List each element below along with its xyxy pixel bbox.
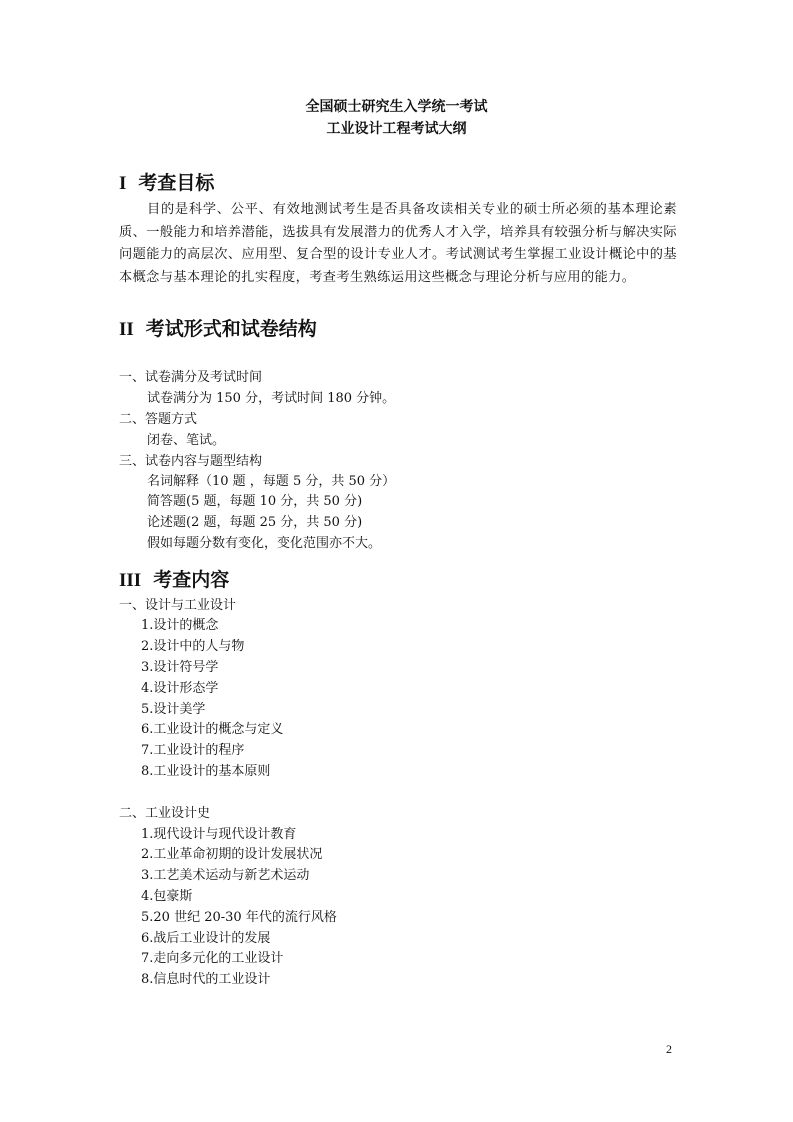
exam-item-detail: 名词解释（10 题 ，每题 5 分，共 50 分） xyxy=(147,473,395,491)
section-title: 考查内容 xyxy=(153,569,229,591)
content-item: 7.走向多元化的工业设计 xyxy=(141,950,283,968)
exam-item-detail: 论述题(2 题，每题 25 分，共 50 分) xyxy=(147,514,362,532)
content-item: 1.现代设计与现代设计教育 xyxy=(141,826,296,844)
section-heading-1: I考查目标 xyxy=(119,168,214,195)
content-item: 4.包豪斯 xyxy=(141,888,192,906)
content-item: 7.工业设计的程序 xyxy=(141,742,244,760)
section-title: 考查目标 xyxy=(138,172,214,194)
document-title-line1: 全国硕士研究生入学统一考试 xyxy=(0,96,793,116)
content-item: 1.设计的概念 xyxy=(141,617,218,635)
exam-item-detail: 试卷满分为 150 分，考试时间 180 分钟。 xyxy=(147,390,395,408)
content-item: 6.工业设计的概念与定义 xyxy=(141,721,283,739)
content-item: 5.20 世纪 20-30 年代的流行风格 xyxy=(141,909,337,927)
section-numeral: III xyxy=(119,570,141,591)
section-numeral: II xyxy=(119,319,134,340)
section-heading-2: II考试形式和试卷结构 xyxy=(119,314,317,341)
page-number: 2 xyxy=(666,1042,672,1057)
content-item: 4.设计形态学 xyxy=(141,680,218,698)
content-group-label: 二、工业设计史 xyxy=(119,805,210,823)
document-page: 全国硕士研究生入学统一考试 工业设计工程考试大纲 I考查目标 目的是科学、公平、… xyxy=(0,0,793,1122)
exam-item-detail: 假如每题分数有变化，变化范围亦不大。 xyxy=(147,535,381,553)
exam-item-detail: 简答题(5 题，每题 10 分，共 50 分) xyxy=(147,493,362,511)
content-item: 3.工艺美术运动与新艺术运动 xyxy=(141,867,309,885)
content-item: 5.设计美学 xyxy=(141,701,205,719)
exam-item-label: 二、答题方式 xyxy=(119,411,197,429)
exam-item-detail: 闭卷、笔试。 xyxy=(147,432,225,450)
objective-paragraph: 目的是科学、公平、有效地测试考生是否具备攻读相关专业的硕士所必须的基本理论素质、… xyxy=(119,199,677,289)
content-group-label: 一、设计与工业设计 xyxy=(119,597,236,615)
content-item: 2.工业革命初期的设计发展状况 xyxy=(141,846,322,864)
content-item: 8.信息时代的工业设计 xyxy=(141,971,270,989)
content-item: 6.战后工业设计的发展 xyxy=(141,930,270,948)
exam-item-label: 一、试卷满分及考试时间 xyxy=(119,369,262,387)
content-item: 8.工业设计的基本原则 xyxy=(141,763,270,781)
content-item: 3.设计符号学 xyxy=(141,659,218,677)
section-title: 考试形式和试卷结构 xyxy=(146,318,317,340)
document-title-line2: 工业设计工程考试大纲 xyxy=(0,118,793,138)
section-numeral: I xyxy=(119,173,126,194)
content-item: 2.设计中的人与物 xyxy=(141,638,244,656)
exam-item-label: 三、试卷内容与题型结构 xyxy=(119,453,262,471)
section-heading-3: III考查内容 xyxy=(119,565,229,592)
